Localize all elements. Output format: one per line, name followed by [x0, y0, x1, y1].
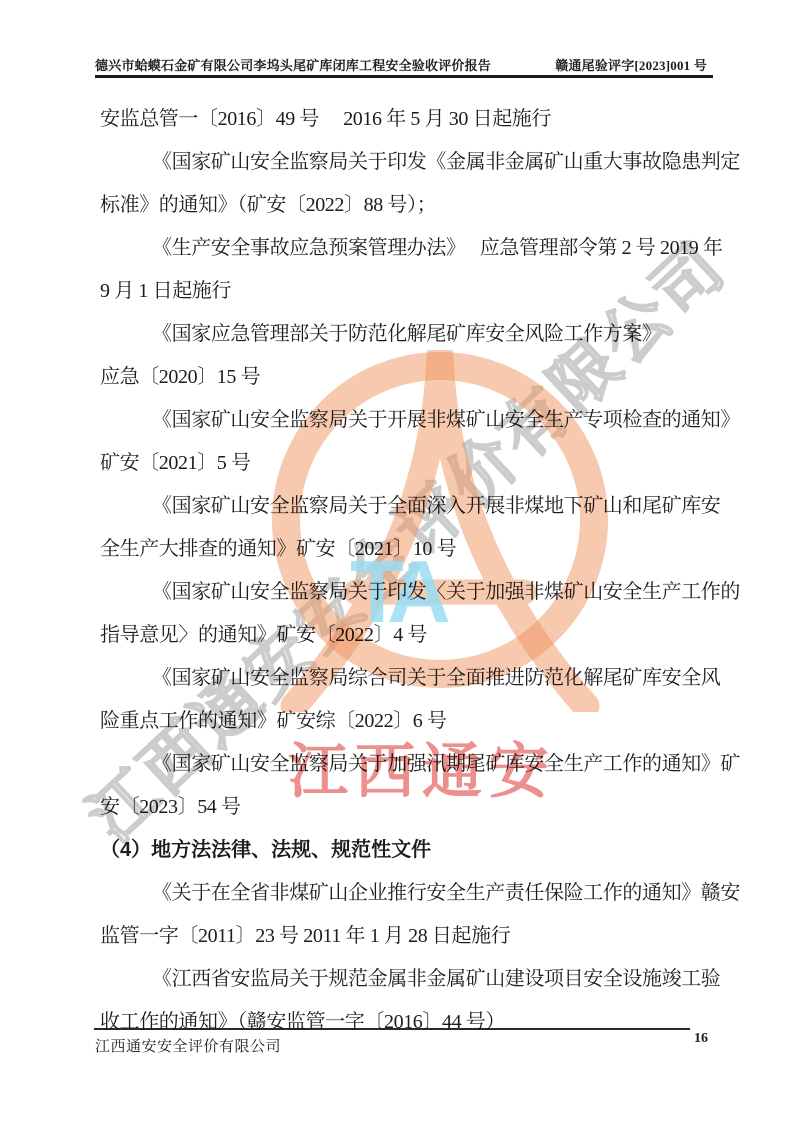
body-line: 指导意见〉的通知》矿安〔2022〕4 号	[100, 614, 716, 657]
body-line: 应急〔2020〕15 号	[100, 356, 716, 399]
body-line: 9 月 1 日起施行	[100, 270, 716, 313]
body-line: 《国家矿山安全监察局关于开展非煤矿山安全生产专项检查的通知》	[152, 399, 716, 442]
body-text: 安监总管一〔2016〕49 号 2016 年 5 月 30 日起施行《国家矿山安…	[100, 98, 716, 1044]
body-line: 安〔2023〕54 号	[100, 786, 716, 829]
body-line: 矿安〔2021〕5 号	[100, 442, 716, 485]
body-line: 《国家应急管理部关于防范化解尾矿库安全风险工作方案》	[152, 313, 716, 356]
header-doc-number: 赣通尾验评字[2023]001 号	[555, 55, 707, 74]
body-line: 全生产大排查的通知》矿安〔2021〕10 号	[100, 528, 716, 571]
header-report-title: 德兴市蛤蟆石金矿有限公司李坞头尾矿库闭库工程安全验收评价报告	[95, 55, 491, 74]
body-line: 安监总管一〔2016〕49 号 2016 年 5 月 30 日起施行	[100, 98, 716, 141]
body-line: 收工作的通知》（赣安监管一字〔2016〕44 号）	[100, 1001, 716, 1044]
body-line: 监管一字〔2011〕23 号 2011 年 1 月 28 日起施行	[100, 915, 716, 958]
body-line: 标准》的通知》（矿安〔2022〕88 号）；	[100, 184, 716, 227]
section-heading: （4）地方法法律、法规、规范性文件	[100, 829, 716, 872]
body-line: 《国家矿山安全监察局关于印发《金属非金属矿山重大事故隐患判定	[152, 141, 716, 184]
page-header: 德兴市蛤蟆石金矿有限公司李坞头尾矿库闭库工程安全验收评价报告 赣通尾验评字[20…	[95, 55, 707, 74]
body-line: 《国家矿山安全监察局综合司关于全面推进防范化解尾矿库安全风	[152, 657, 716, 700]
body-line: 险重点工作的通知》矿安综〔2022〕6 号	[100, 700, 716, 743]
header-divider	[95, 75, 713, 78]
body-line: 《关于在全省非煤矿山企业推行安全生产责任保险工作的通知》赣安	[152, 872, 716, 915]
body-line: 《江西省安监局关于规范金属非金属矿山建设项目安全设施竣工验	[152, 958, 716, 1001]
report-page: 德兴市蛤蟆石金矿有限公司李坞头尾矿库闭库工程安全验收评价报告 赣通尾验评字[20…	[0, 0, 800, 1131]
body-line: 《国家矿山安全监察局关于加强汛期尾矿库安全生产工作的通知》矿	[152, 743, 716, 786]
body-line: 《国家矿山安全监察局关于全面深入开展非煤地下矿山和尾矿库安	[152, 485, 716, 528]
body-line: 《生产安全事故应急预案管理办法》 应急管理部令第 2 号 2019 年	[152, 227, 716, 270]
body-line: 《国家矿山安全监察局关于印发〈关于加强非煤矿山安全生产工作的	[152, 571, 716, 614]
